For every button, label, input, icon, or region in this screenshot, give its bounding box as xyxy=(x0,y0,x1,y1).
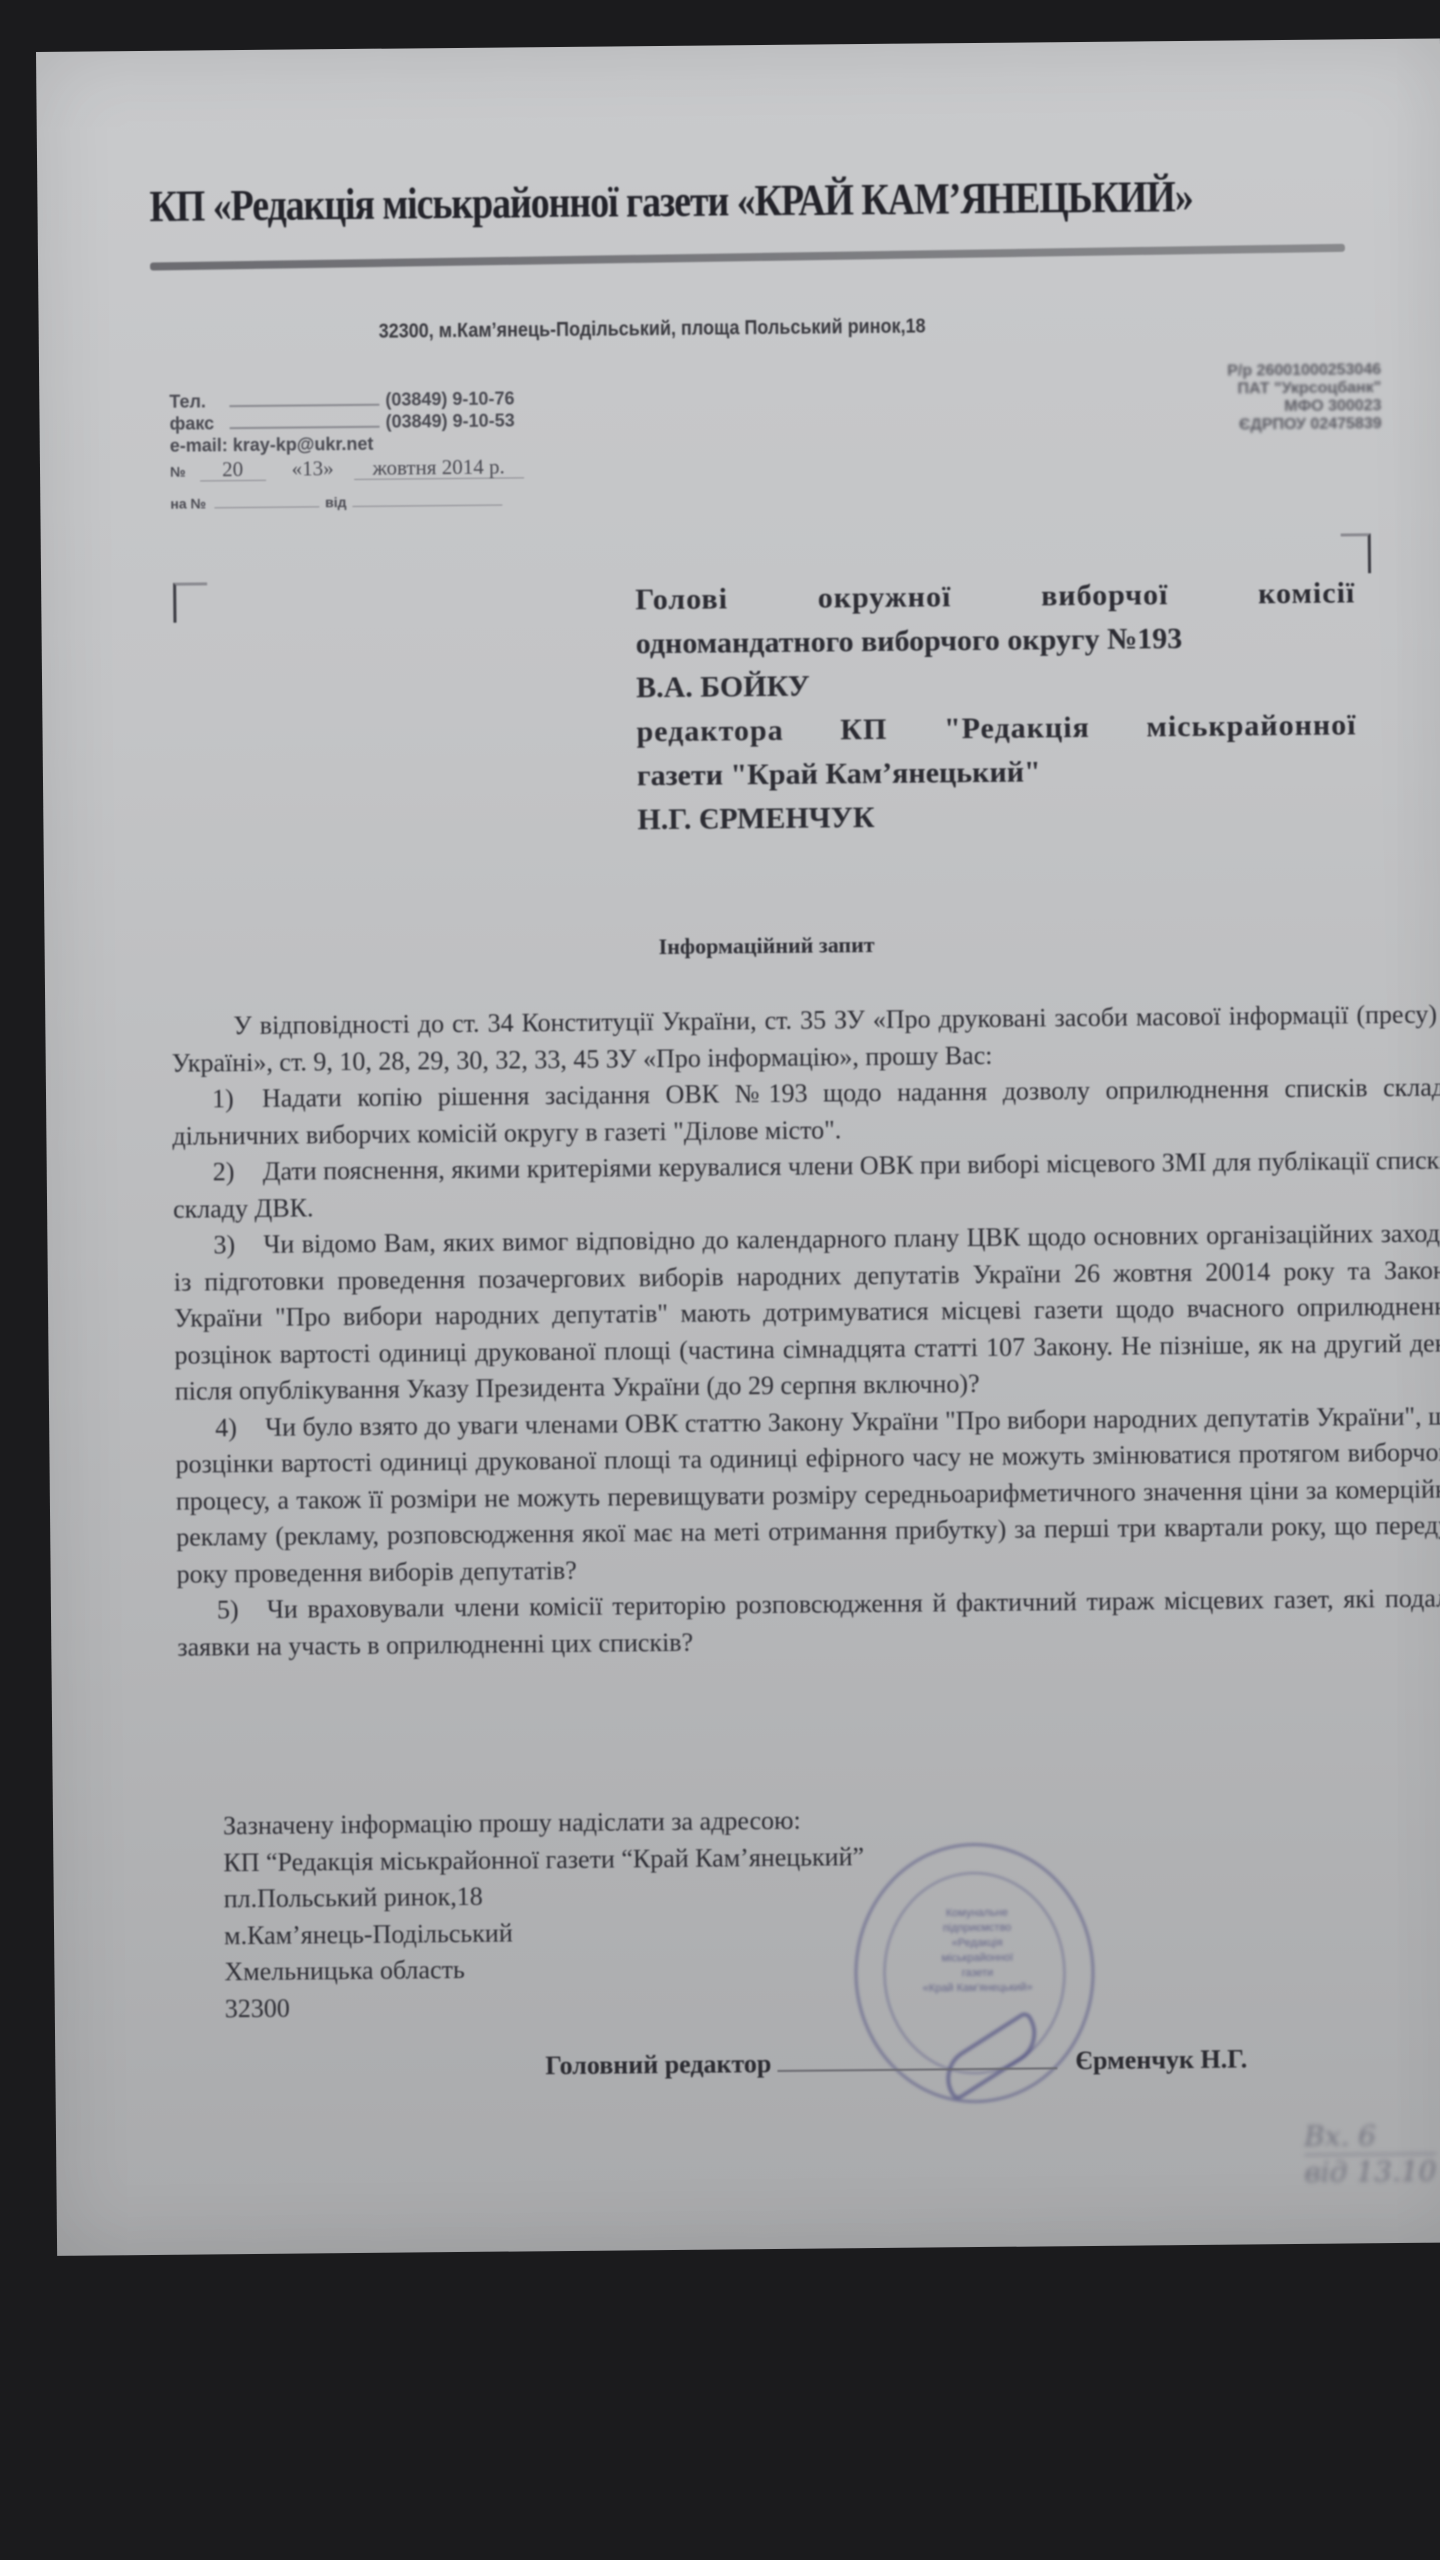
fax-value: (03849) 9-10-53 xyxy=(385,409,514,432)
bank-edrpou: ЄДРПОУ 02475839 xyxy=(1122,415,1382,435)
letterhead-title: КП «Редакція міськрайонної газети «КРАЙ … xyxy=(149,171,1199,232)
addressee-name: В.А. БОЙКУ xyxy=(636,659,1356,710)
outgoing-month-year: жовтня 2014 р. xyxy=(354,455,524,480)
letter-page: КП «Редакція міськрайонної газети «КРАЙ … xyxy=(36,39,1440,2256)
number-label: № xyxy=(170,461,186,483)
document-body: У відповідності до ст. 34 Конституції Ук… xyxy=(171,996,1440,1665)
request-item: 5)Чи враховували члени комісії територію… xyxy=(177,1580,1440,1665)
reply-address-line: КП “Редакція міськрайонної газети “Край … xyxy=(223,1839,864,1882)
phone-value: (03849) 9-10-76 xyxy=(385,387,514,410)
reference-date-line xyxy=(353,505,503,507)
reply-address-line: м.Кам’янець-Подільський xyxy=(224,1912,865,1955)
item-text: Чи відомо Вам, яких вимог відповідно до … xyxy=(174,1218,1440,1405)
reference-from-label: від xyxy=(325,491,347,513)
photo-scene: КП «Редакція міськрайонної газети «КРАЙ … xyxy=(0,0,1440,2560)
addressee-line: Голові окружної виборчої комісії xyxy=(635,571,1355,622)
stamp-line: Комунальне xyxy=(907,1905,1047,1921)
fax-dash xyxy=(230,426,380,429)
request-item: 1)Надати копію рішення засідання ОВК №19… xyxy=(172,1069,1440,1154)
stamp-line: газети xyxy=(907,1965,1047,1981)
outgoing-day: «13» xyxy=(278,457,348,480)
sender-name: Н.Г. ЄРМЕНЧУК xyxy=(637,791,1357,842)
stamp-text: Комунальне підприємство «Редакція міськр… xyxy=(907,1905,1048,1996)
signatory-name: Єрменчук Н.Г. xyxy=(1075,2044,1247,2076)
addressee-line: одномандатного виборчого округу №193 xyxy=(636,615,1356,666)
item-number: 4) xyxy=(215,1409,265,1446)
sender-line: редактора КП "Редакція міськрайонної xyxy=(636,703,1356,754)
reference-row: на № від xyxy=(170,489,524,514)
signature-row: Головний редактор Єрменчук Н.Г. xyxy=(545,2043,1405,2081)
sender-line: газети "Край Кам’янецький" xyxy=(637,747,1357,798)
outgoing-number-row: № 20 «13» жовтня 2014 р. xyxy=(170,455,524,482)
item-text: Надати копію рішення засідання ОВК №193 … xyxy=(172,1072,1440,1150)
item-number: 3) xyxy=(213,1227,263,1264)
outgoing-number: 20 xyxy=(200,458,266,482)
stamp-line: міськрайонної xyxy=(907,1950,1047,1966)
item-text: Дати пояснення, якими критеріями керувал… xyxy=(173,1145,1440,1223)
letterhead-rule xyxy=(150,244,1345,271)
reply-address-line: пл.Польський ринок,18 xyxy=(224,1875,865,1918)
contacts-block: Тел. (03849) 9-10-76 факс (03849) 9-10-5… xyxy=(169,387,524,514)
signatory-role: Головний редактор xyxy=(545,2049,771,2081)
fax-row: факс (03849) 9-10-53 xyxy=(169,409,523,434)
item-number: 1) xyxy=(212,1081,262,1118)
letterhead-address: 32300, м.Кам’янець-Подільський, площа По… xyxy=(379,315,926,343)
stamp-line: «Край Кам’янецький» xyxy=(908,1980,1048,1996)
address-corner-mark-left xyxy=(173,582,207,622)
document-title: Інформаційний запит xyxy=(45,926,1440,965)
item-text: Чи було взято до уваги членами ОВК статт… xyxy=(175,1401,1440,1588)
addressee-block: Голові окружної виборчої комісії одноман… xyxy=(635,571,1358,842)
signature-line xyxy=(777,2047,1057,2072)
item-number: 5) xyxy=(217,1592,267,1629)
email-row: e-mail: kray-kp@ukr.net xyxy=(170,431,524,456)
stamp-line: «Редакція xyxy=(907,1935,1047,1951)
phone-dash xyxy=(229,404,379,407)
stamp-line: підприємство xyxy=(907,1920,1047,1936)
item-number: 2) xyxy=(213,1154,263,1191)
item-text: Чи враховували члени комісії територію р… xyxy=(177,1583,1440,1661)
fax-label: факс xyxy=(169,412,229,435)
request-item: 4)Чи було взято до уваги членами ОВК ста… xyxy=(175,1398,1440,1593)
reply-address-line: Хмельницька область xyxy=(224,1948,865,1991)
reference-number-line xyxy=(214,506,319,508)
handnote-line: Вх. 6 xyxy=(1304,2119,1436,2156)
phone-label: Тел. xyxy=(169,390,229,413)
reply-address-line: 32300 xyxy=(225,1985,866,2028)
handwritten-registration-note: Вх. 6 від 13.10 xyxy=(1304,2119,1437,2190)
handnote-line: від 13.10 xyxy=(1304,2155,1436,2190)
intro-paragraph: У відповідності до ст. 34 Конституції Ук… xyxy=(171,996,1440,1081)
reference-label: на № xyxy=(170,492,206,514)
email-value: e-mail: kray-kp@ukr.net xyxy=(170,433,374,457)
reply-request: Зазначену інформацію прошу надіслати за … xyxy=(223,1802,864,1845)
reply-address-block: Зазначену інформацію прошу надіслати за … xyxy=(223,1802,866,2027)
request-item: 2)Дати пояснення, якими критеріями керув… xyxy=(173,1142,1440,1227)
request-item: 3)Чи відомо Вам, яких вимог відповідно д… xyxy=(173,1215,1440,1410)
bank-details: Р/р 26001000253046 ПАТ "Укрсоцбанк" МФО … xyxy=(1121,361,1382,435)
address-corner-mark-right xyxy=(1341,533,1371,573)
